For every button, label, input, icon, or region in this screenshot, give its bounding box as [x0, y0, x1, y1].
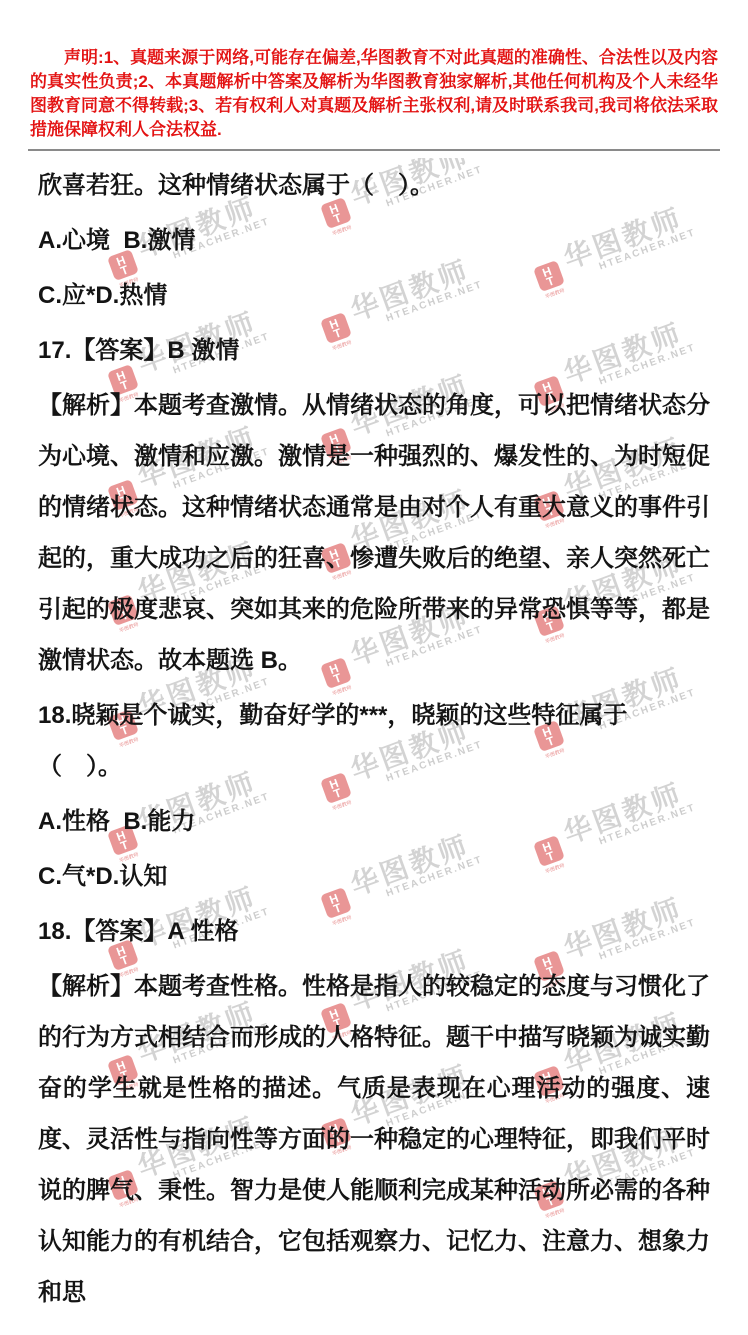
question-section: 欣喜若狂。这种情绪状态属于（ ）。A.心境 B.激情C.应*D.热情17.【答案… [0, 151, 748, 1318]
option-row: C.应*D.热情 [38, 270, 710, 321]
analysis-paragraph: 【解析】本题考查激情。从情绪状态的角度，可以把情绪状态分为心境、激情和应激。激情… [38, 380, 710, 686]
option-row: C.气*D.认知 [38, 851, 710, 902]
disclaimer-text: 1、真题来源于网络,可能存在偏差,华图教育不对此真题的准确性、合法性以及内容的真… [30, 48, 718, 139]
disclaimer-label: 声明: [64, 48, 104, 67]
option-row: A.心境 B.激情 [38, 215, 710, 266]
analysis-paragraph: 【解析】本题考查性格。性格是指人的较稳定的态度与习惯化了的行为方式相结合而形成的… [38, 961, 710, 1318]
document-page: H T 华图教师 华图教师 HTEACHER.NET H T 华图教师 华图教师 [0, 0, 748, 1335]
answer-line: 17.【答案】B 激情 [38, 325, 710, 376]
question-text: 18.晓颖是个诚实，勤奋好学的***，晓颖的这些特征属于（ ）。 [38, 690, 710, 792]
disclaimer: 声明:1、真题来源于网络,可能存在偏差,华图教育不对此真题的准确性、合法性以及内… [0, 0, 748, 142]
option-row: A.性格 B.能力 [38, 796, 710, 847]
page-content: 声明:1、真题来源于网络,可能存在偏差,华图教育不对此真题的准确性、合法性以及内… [0, 0, 748, 1318]
question-text: 欣喜若狂。这种情绪状态属于（ ）。 [38, 160, 710, 211]
answer-line: 18.【答案】A 性格 [38, 906, 710, 957]
